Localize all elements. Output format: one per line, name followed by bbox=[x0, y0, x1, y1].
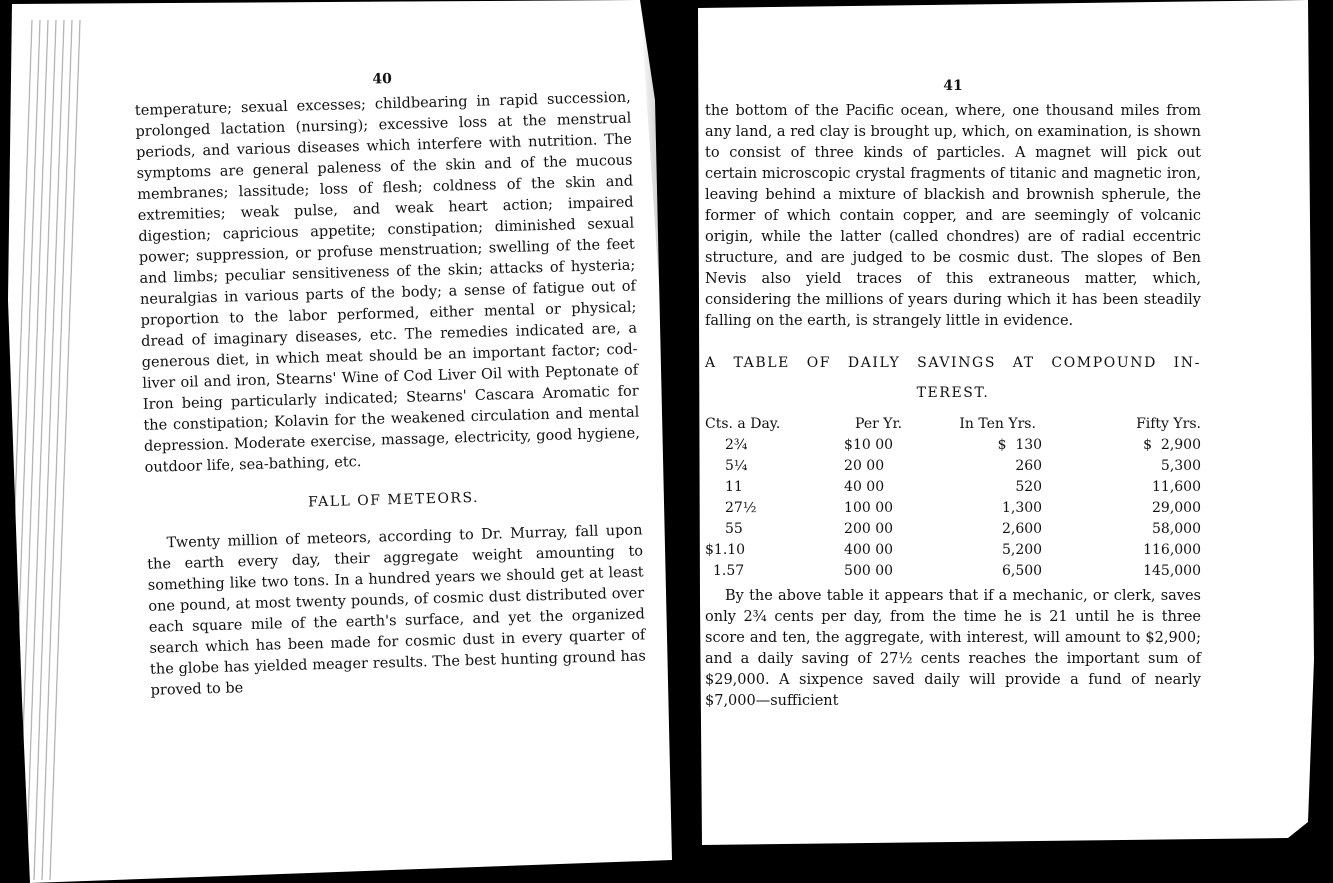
cell-fifty-yrs: 11,600 bbox=[1062, 477, 1201, 498]
cell-per-yr: 40 00 bbox=[824, 477, 933, 498]
left-page-content: 40 temperature; sexual excesses; childbe… bbox=[134, 63, 647, 702]
daily-savings-table: Cts. a Day. Per Yr. In Ten Yrs. Fifty Yr… bbox=[705, 414, 1201, 582]
cell-fifty-yrs: 5,300 bbox=[1062, 456, 1201, 477]
cell-cts-a-day: 11 bbox=[705, 477, 824, 498]
cell-fifty-yrs: 58,000 bbox=[1062, 519, 1201, 540]
cell-cts-a-day: 1.57 bbox=[705, 561, 824, 582]
table-row: 5¼20 002605,300 bbox=[705, 456, 1201, 477]
header-per-yr: Per Yr. bbox=[824, 414, 933, 435]
cell-cts-a-day: $1.10 bbox=[705, 540, 824, 561]
section-heading-meteors: FALL OF METEORS. bbox=[145, 483, 641, 517]
paragraph-meteors: Twenty million of meteors, according to … bbox=[146, 520, 646, 701]
table-row: 2¾$10 00$ 130$ 2,900 bbox=[705, 435, 1201, 456]
cell-fifty-yrs: 145,000 bbox=[1062, 561, 1201, 582]
table-row: 27½100 001,30029,000 bbox=[705, 498, 1201, 519]
book-scan: 40 temperature; sexual excesses; childbe… bbox=[0, 0, 1333, 883]
cell-ten-yrs: 1,300 bbox=[933, 498, 1062, 519]
table-heading-line1: A TABLE OF DAILY SAVINGS AT COMPOUND IN- bbox=[705, 348, 1201, 378]
cell-ten-yrs: $ 130 bbox=[933, 435, 1062, 456]
header-ten-yrs: In Ten Yrs. bbox=[933, 414, 1062, 435]
cell-ten-yrs: 520 bbox=[933, 477, 1062, 498]
table-header-row: Cts. a Day. Per Yr. In Ten Yrs. Fifty Yr… bbox=[705, 414, 1201, 435]
table-row: $1.10400 005,200116,000 bbox=[705, 540, 1201, 561]
table-row: 1.57500 006,500145,000 bbox=[705, 561, 1201, 582]
table-heading: A TABLE OF DAILY SAVINGS AT COMPOUND IN-… bbox=[705, 348, 1201, 408]
header-cts-a-day: Cts. a Day. bbox=[705, 414, 824, 435]
cell-ten-yrs: 260 bbox=[933, 456, 1062, 477]
paragraph-savings-explanation: By the above table it appears that if a … bbox=[705, 586, 1201, 712]
cell-per-yr: 200 00 bbox=[824, 519, 933, 540]
cell-ten-yrs: 6,500 bbox=[933, 561, 1062, 582]
table-heading-line2: TEREST. bbox=[705, 378, 1201, 408]
cell-per-yr: 500 00 bbox=[824, 561, 933, 582]
table-body: 2¾$10 00$ 130$ 2,9005¼20 002605,3001140 … bbox=[705, 435, 1201, 582]
page-number-right: 41 bbox=[705, 76, 1201, 99]
cell-ten-yrs: 5,200 bbox=[933, 540, 1062, 561]
paragraph-anaemia-symptoms: temperature; sexual excesses; childbeari… bbox=[135, 88, 641, 479]
cell-cts-a-day: 2¾ bbox=[705, 435, 824, 456]
right-page-content: 41 the bottom of the Pacific ocean, wher… bbox=[705, 76, 1201, 712]
cell-cts-a-day: 5¼ bbox=[705, 456, 824, 477]
cell-per-yr: 20 00 bbox=[824, 456, 933, 477]
cell-per-yr: 400 00 bbox=[824, 540, 933, 561]
header-fifty-yrs: Fifty Yrs. bbox=[1062, 414, 1201, 435]
table-row: 55200 002,60058,000 bbox=[705, 519, 1201, 540]
paragraph-cosmic-dust: the bottom of the Pacific ocean, where, … bbox=[705, 101, 1201, 332]
cell-fifty-yrs: 29,000 bbox=[1062, 498, 1201, 519]
table-row: 1140 0052011,600 bbox=[705, 477, 1201, 498]
cell-fifty-yrs: $ 2,900 bbox=[1062, 435, 1201, 456]
cell-cts-a-day: 27½ bbox=[705, 498, 824, 519]
cell-fifty-yrs: 116,000 bbox=[1062, 540, 1201, 561]
cell-ten-yrs: 2,600 bbox=[933, 519, 1062, 540]
cell-per-yr: 100 00 bbox=[824, 498, 933, 519]
cell-cts-a-day: 55 bbox=[705, 519, 824, 540]
cell-per-yr: $10 00 bbox=[824, 435, 933, 456]
